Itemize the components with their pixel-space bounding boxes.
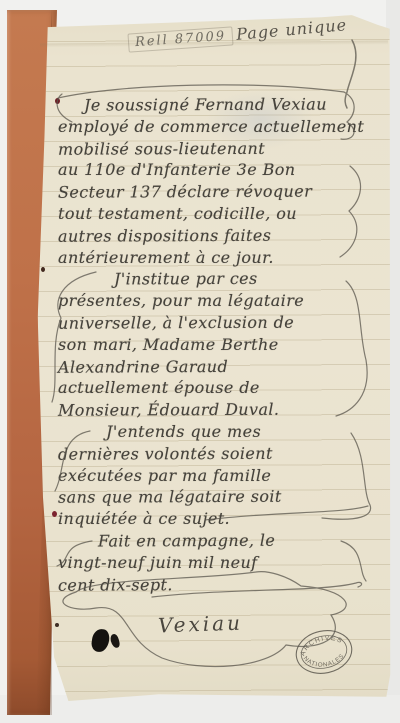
manuscript-line: cent dix-sept.: [58, 573, 374, 596]
manuscript-line: Monsieur, Édouard Duval.: [58, 398, 374, 421]
svg-text:ARCHIVES: ARCHIVES: [297, 631, 346, 658]
manuscript-line: au 110e d'Infanterie 3e Bon: [58, 159, 374, 181]
manuscript-line: tout testament, codicille, ou: [58, 203, 374, 225]
manuscript-line: son mari, Madame Berthe: [58, 334, 374, 356]
manuscript-line: Alexandrine Garaud: [58, 355, 374, 378]
manuscript-line: dernières volontés soient: [58, 442, 374, 465]
manuscript-line: Je soussigné Fernand Vexiau: [58, 93, 374, 116]
manuscript-line: universelle, à l'exclusion de: [58, 311, 374, 334]
manuscript-line: Fait en campagne, le: [58, 529, 374, 552]
signature: Vexiau: [158, 611, 244, 638]
manuscript-line: J'entends que mes: [58, 421, 374, 443]
manuscript-line: vingt-neuf juin mil neuf: [58, 552, 374, 574]
manuscript-line: J'institue par ces: [58, 268, 374, 291]
manuscript-line: autres dispositions faites: [58, 224, 374, 247]
stamp-text-top: ARCHIVES: [297, 631, 346, 658]
manuscript-line: présentes, pour ma légataire: [58, 290, 374, 312]
manuscript-text-block: Je soussigné Fernand Vexiauemployé de co…: [58, 94, 374, 595]
manuscript-line: Secteur 137 déclare révoquer: [58, 180, 374, 203]
binding-hole-dot: [55, 623, 59, 627]
manuscript-line: actuellement épouse de: [58, 377, 374, 399]
manuscript-line: mobilisé sous-lieutenant: [58, 137, 374, 160]
background-shade-bottom: [0, 695, 400, 723]
manuscript-line: antérieurement à ce jour.: [58, 247, 374, 269]
manuscript-line: exécutées par ma famille: [58, 465, 374, 487]
binding-hole-dot: [52, 511, 57, 517]
manuscript-line: employé de commerce actuellement: [58, 116, 374, 138]
binding-hole-dot: [41, 267, 45, 272]
manuscript-line: sans que ma légataire soit: [58, 486, 374, 509]
manuscript-line: inquiétée à ce sujet.: [58, 508, 374, 530]
